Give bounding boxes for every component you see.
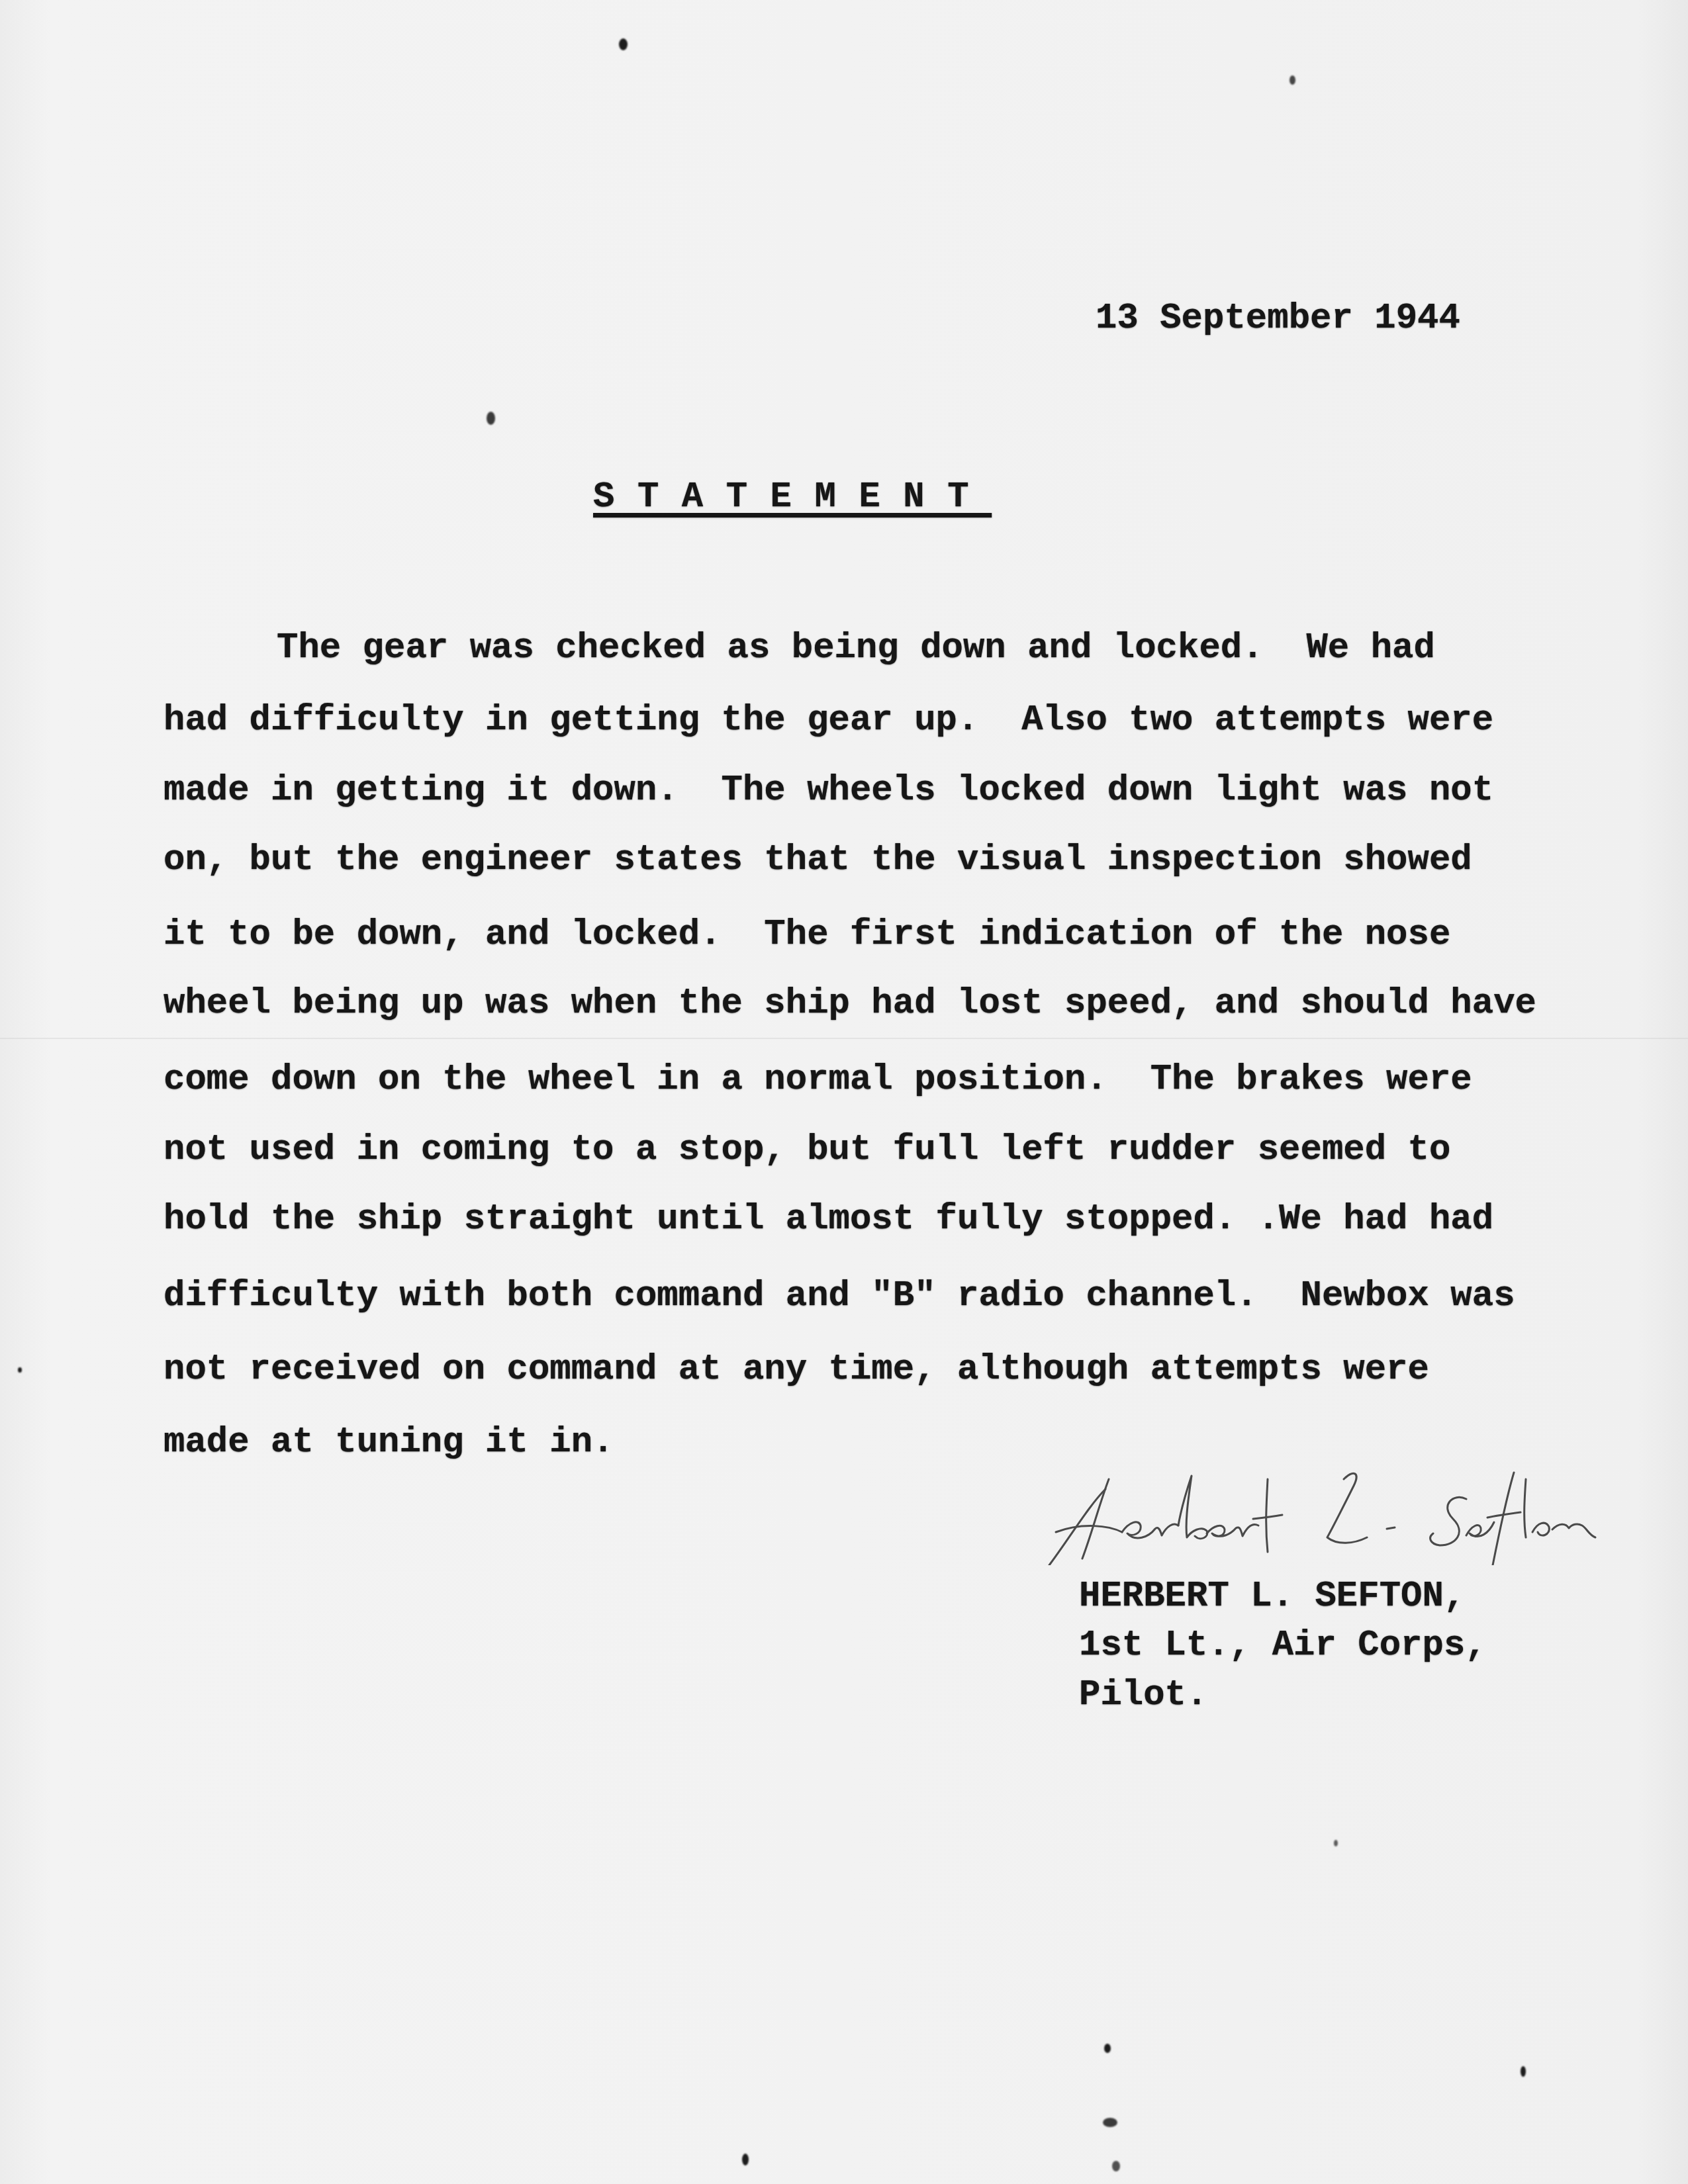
signatory-name: HERBERT L. SEFTON, — [1079, 1577, 1465, 1617]
scan-fold-line — [0, 1038, 1688, 1039]
body-line-10: difficulty with both command and "B" rad… — [164, 1277, 1515, 1316]
body-line-6: wheel being up was when the ship had los… — [164, 984, 1536, 1024]
body-line-1: The gear was checked as being down and l… — [277, 629, 1435, 668]
scan-speck — [1334, 1840, 1338, 1846]
document-date: 13 September 1944 — [1096, 299, 1460, 339]
body-line-5: it to be down, and locked. The first ind… — [164, 915, 1450, 955]
scan-speck — [1521, 2066, 1526, 2077]
scan-speck — [487, 412, 495, 425]
scan-speck — [18, 1367, 22, 1373]
document-page: 13 September 1944 STATEMENT The gear was… — [0, 0, 1688, 2184]
document-title: STATEMENT — [593, 478, 992, 518]
body-line-11: not received on command at any time, alt… — [164, 1350, 1429, 1390]
scan-speck — [742, 2154, 749, 2165]
body-line-4: on, but the engineer states that the vis… — [164, 841, 1472, 880]
scan-speck — [619, 38, 628, 50]
signatory-rank: 1st Lt., Air Corps, — [1079, 1626, 1487, 1666]
scan-speck — [1103, 2118, 1117, 2127]
body-line-8: not used in coming to a stop, but full l… — [164, 1130, 1450, 1170]
body-line-3: made in getting it down. The wheels lock… — [164, 771, 1493, 811]
scan-speck — [1104, 2044, 1111, 2053]
scan-speck — [1112, 2161, 1120, 2171]
scan-speck — [1289, 75, 1295, 85]
body-line-12: made at tuning it in. — [164, 1423, 614, 1463]
handwritten-signature — [1043, 1459, 1612, 1565]
body-line-2: had difficulty in getting the gear up. A… — [164, 701, 1493, 741]
signatory-role: Pilot. — [1079, 1676, 1207, 1715]
body-line-9: hold the ship straight until almost full… — [164, 1200, 1493, 1240]
body-line-7: come down on the wheel in a normal posit… — [164, 1060, 1472, 1100]
